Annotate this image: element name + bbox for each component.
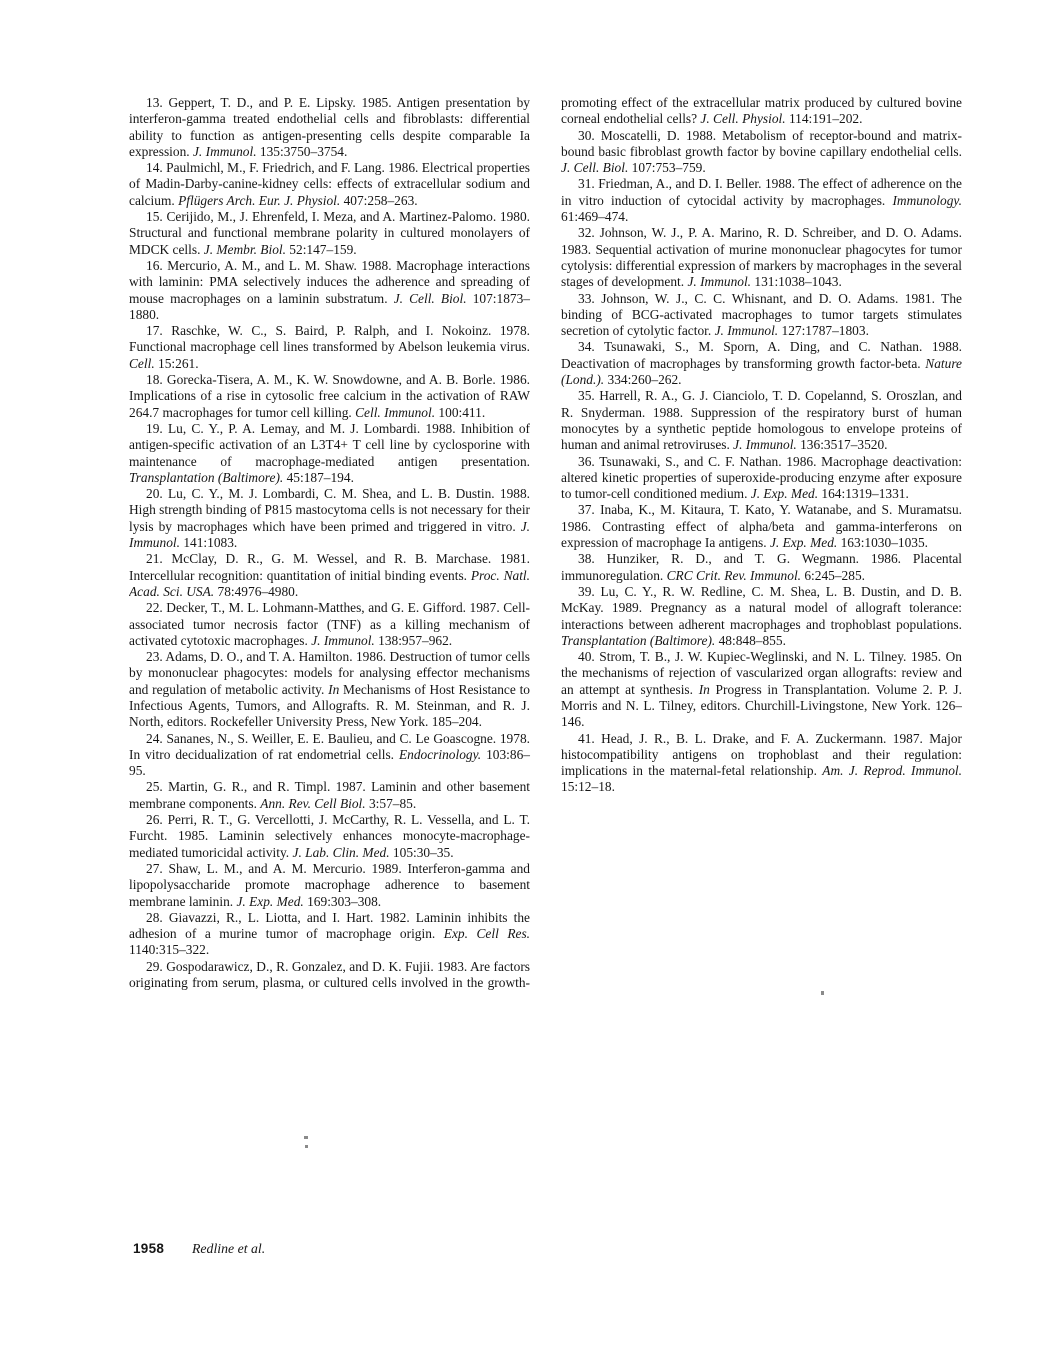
reference-item: 23. Adams, D. O., and T. A. Hamilton. 19… [129,649,530,730]
reference-item: 18. Gorecka-Tisera, A. M., K. W. Snowdow… [129,372,530,421]
reference-item: 37. Inaba, K., M. Kitaura, T. Kato, Y. W… [561,502,962,551]
reference-item: 20. Lu, C. Y., M. J. Lombardi, C. M. She… [129,486,530,551]
reference-item: 32. Johnson, W. J., P. A. Marino, R. D. … [561,225,962,290]
reference-item: 39. Lu, C. Y., R. W. Redline, C. M. Shea… [561,584,962,649]
scan-artifact [821,991,824,995]
reference-item: 30. Moscatelli, D. 1988. Metabolism of r… [561,128,962,177]
reference-item: 28. Giavazzi, R., L. Liotta, and I. Hart… [129,910,530,959]
reference-item: 27. Shaw, L. M., and A. M. Mercurio. 198… [129,861,530,910]
reference-item: 15. Cerijido, M., J. Ehrenfeld, I. Meza,… [129,209,530,258]
reference-item: 22. Decker, T., M. L. Lohmann-Matthes, a… [129,600,530,649]
reference-item: 31. Friedman, A., and D. I. Beller. 1988… [561,176,962,225]
reference-item: 36. Tsunawaki, S., and C. F. Nathan. 198… [561,454,962,503]
reference-item: 41. Head, J. R., B. L. Drake, and F. A. … [561,731,962,796]
scan-artifact [304,1136,308,1139]
reference-item: 33. Johnson, W. J., C. C. Whisnant, and … [561,291,962,340]
reference-item: 35. Harrell, R. A., G. J. Cianciolo, T. … [561,388,962,453]
reference-item: 25. Martin, G. R., and R. Timpl. 1987. L… [129,779,530,812]
reference-item: 13. Geppert, T. D., and P. E. Lipsky. 19… [129,95,530,160]
reference-item: 17. Raschke, W. C., S. Baird, P. Ralph, … [129,323,530,372]
reference-item: 40. Strom, T. B., J. W. Kupiec-Weglinski… [561,649,962,730]
reference-item: 14. Paulmichl, M., F. Friedrich, and F. … [129,160,530,209]
reference-list: 13. Geppert, T. D., and P. E. Lipsky. 19… [129,95,962,1003]
running-title: Redline et al. [192,1241,265,1257]
reference-item: 34. Tsunawaki, S., M. Sporn, A. Ding, an… [561,339,962,388]
reference-item: 38. Hunziker, R. D., and T. G. Wegmann. … [561,551,962,584]
reference-item: 24. Sananes, N., S. Weiller, E. E. Bauli… [129,731,530,780]
reference-item: 19. Lu, C. Y., P. A. Lemay, and M. J. Lo… [129,421,530,486]
reference-item: 26. Perri, R. T., G. Vercellotti, J. McC… [129,812,530,861]
reference-item: 21. McClay, D. R., G. M. Wessel, and R. … [129,551,530,600]
page-number: 1958 [133,1241,164,1256]
page-footer: 1958 Redline et al. [0,1241,1049,1261]
scan-artifact [305,1145,308,1148]
reference-item: 16. Mercurio, A. M., and L. M. Shaw. 198… [129,258,530,323]
journal-page: 13. Geppert, T. D., and P. E. Lipsky. 19… [0,0,1049,1369]
